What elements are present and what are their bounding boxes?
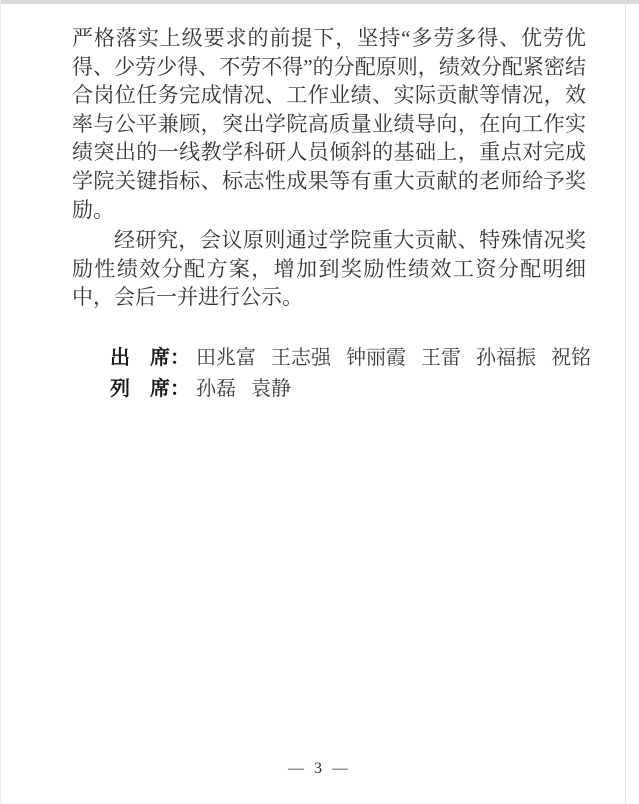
paragraph-resolution: 经研究，会议原则通过学院重大贡献、特殊情况奖励性绩效分配方案，增加到奖励性绩效工…: [72, 226, 586, 312]
attendance-names-present: 田兆富 王志强 钟丽霞 王雷 孙福振 祝铭: [196, 347, 591, 369]
page-right-edge-line: [625, 0, 626, 804]
attendance-label-observers: 列 席：: [110, 378, 190, 400]
page-top-edge: [0, 0, 639, 4]
page-left-edge-line: [0, 0, 1, 804]
attendance-names-observers: 孙磊 袁静: [196, 378, 291, 400]
document-page: 严格落实上级要求的前提下，坚持“多劳多得、优劳优得、少劳少得、不劳不得”的分配原…: [0, 0, 639, 804]
attendance-row-observers: 列 席：孙磊 袁静: [72, 373, 586, 404]
paragraph-continuation: 严格落实上级要求的前提下，坚持“多劳多得、优劳优得、少劳少得、不劳不得”的分配原…: [72, 24, 586, 224]
attendance-list: 出 席：田兆富 王志强 钟丽霞 王雷 孙福振 祝铭 列 席：孙磊 袁静: [72, 342, 586, 404]
attendance-label-present: 出 席：: [110, 347, 190, 369]
attendance-row-present: 出 席：田兆富 王志强 钟丽霞 王雷 孙福振 祝铭: [72, 342, 586, 373]
page-number: — 3 —: [0, 760, 639, 778]
document-body: 严格落实上级要求的前提下，坚持“多劳多得、优劳优得、少劳少得、不劳不得”的分配原…: [72, 24, 586, 404]
